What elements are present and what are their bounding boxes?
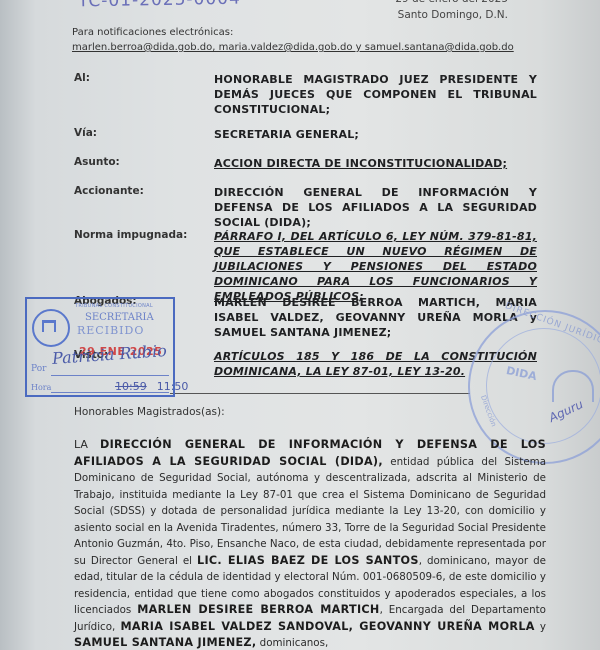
document-page: TC-01-2025-0004 29 de enero del 2025 San… [0, 0, 600, 650]
body-lead: LA [74, 438, 88, 451]
stamp-dept: SECRETARIA [85, 312, 154, 323]
stamp-hora-value: 10:5911:50 [115, 380, 188, 393]
document-date: 29 de enero del 2025 [395, 0, 508, 5]
stamp-hora-final: 11:50 [157, 380, 189, 393]
court-building-icon [32, 309, 70, 347]
field-label: Accionante: [74, 185, 144, 197]
field-label: Vía: [74, 127, 97, 139]
body-text: dominicanos, [260, 637, 329, 649]
notifications-emails: marlen.berroa@dida.gob.do, maria.valdez@… [72, 42, 514, 53]
body-text: y [540, 621, 546, 633]
body-text: entidad pública del Sistema Dominicano d… [74, 456, 546, 567]
salutation: Honorables Magistrados(as): [74, 406, 225, 418]
field-value: HONORABLE MAGISTRADO JUEZ PRESIDENTE Y D… [214, 72, 537, 117]
stamp-hora-label: Hora [31, 383, 51, 392]
field-value: DIRECCIÓN GENERAL DE INFORMACIÓN Y DEFEN… [214, 185, 537, 230]
notifications-label: Para notificaciones electrónicas: [72, 27, 233, 38]
field-label: Asunto: [74, 156, 120, 168]
body-lawyer-name: MARLEN DESIREE BERROA MARTICH [137, 603, 379, 616]
body-paragraph: LA DIRECCIÓN GENERAL DE INFORMACIÓN Y DE… [74, 437, 546, 650]
field-value: PÁRRAFO I, DEL ARTÍCULO 6, LEY NÚM. 379-… [214, 229, 537, 304]
body-lawyer-name: SAMUEL SANTANA JIMENEZ, [74, 636, 256, 649]
field-label: Norma impugnada: [74, 229, 187, 241]
stamp-por-label: Por [31, 364, 46, 374]
stamp-line [51, 375, 169, 376]
field-value: SECRETARIA GENERAL; [214, 127, 537, 142]
stamp-status: RECIBIDO [77, 324, 144, 337]
divider-line [170, 393, 470, 394]
dome-icon [552, 370, 594, 402]
handwritten-case-number: TC-01-2025-0004 [78, 0, 241, 11]
field-label: Al: [74, 72, 90, 84]
stamp-org: TRIBUNAL CONSTITUCIONAL [75, 303, 153, 309]
stamp-hora-struck: 10:59 [115, 380, 147, 393]
document-city: Santo Domingo, D.N. [398, 9, 508, 21]
body-lawyer-names: MARIA ISABEL VALDEZ SANDOVAL, GEOVANNY U… [120, 620, 534, 633]
body-director-name: LIC. ELIAS BAEZ DE LOS SANTOS [197, 554, 419, 567]
field-value: ACCION DIRECTA DE INCONSTITUCIONALIDAD; [214, 156, 537, 171]
